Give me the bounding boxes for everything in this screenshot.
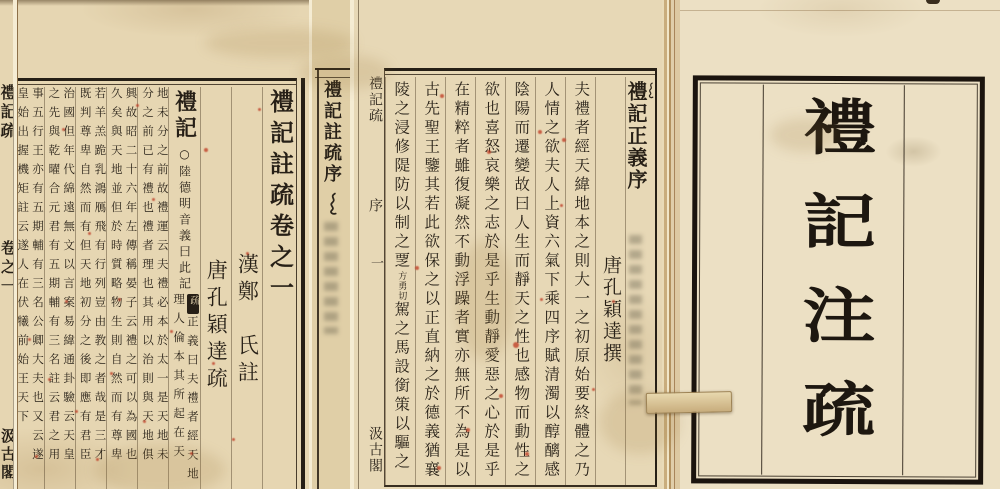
vermilion-reading-mark: [525, 452, 529, 456]
vermilion-reading-mark: [440, 94, 444, 98]
preface-title: 禮記註疏序: [322, 80, 340, 185]
vermilion-reading-mark: [75, 410, 78, 413]
vermilion-reading-mark: [48, 378, 51, 381]
vermilion-reading-mark: [538, 130, 542, 134]
vermilion-reading-mark: [487, 150, 491, 154]
column-title: 禮記註疏卷之一: [268, 87, 292, 306]
double-subcolumns: 治國但年代綿遠無文以言案易緯通卦驗云天皇之先與乾曜合元君有五期輔有三名註云君之用: [45, 87, 75, 467]
paper-stain: [205, 28, 355, 58]
vermilion-reading-mark: [204, 148, 208, 152]
vermilion-reading-mark: [246, 252, 249, 255]
subcolumn-left: 之先與乾曜合元君有五期輔有三名註云君之用: [45, 87, 59, 467]
ink-ghosting: [324, 222, 338, 334]
vermilion-reading-mark: [170, 330, 173, 333]
double-subcolumns: 興故昭二十六年左傳稱晏子云禮之可以為國也久矣與天地並但於時質略物生則自然而有尊卑: [107, 87, 137, 467]
vermilion-reading-mark: [65, 300, 68, 303]
vermilion-reading-mark: [212, 362, 215, 365]
attribution: 唐孔穎達疏: [205, 87, 226, 394]
text-column: 夫禮者經天緯地本之則大一之初原始要終體之乃: [565, 77, 595, 485]
column-text: 陵之浸修隄防以制之覂方勇切駕之馬設銜策以驅之: [393, 77, 409, 472]
attribution: 漢鄭 氏註: [236, 87, 257, 388]
banxin-section: 序: [360, 198, 382, 212]
text-column: 古先聖王鑒其若此欲保之以正直納之於德義猶襄: [415, 77, 445, 485]
banxin-publisher: 汲古閣: [360, 426, 382, 474]
subcolumn-left: 久矣與天地並但於時質略物生則自然而有尊卑: [108, 87, 122, 467]
vermilion-reading-mark: [35, 455, 38, 458]
text-column: 禮記註疏卷之一: [262, 87, 296, 489]
text-frame: 禮記註疏卷之一漢鄭 氏註唐孔穎達疏禮記○陸德明音義曰此記疏正義曰夫禮者經天地理人…: [18, 78, 297, 489]
column-text: 陰陽而遷變故曰人生而靜天之性也感物而動性之: [513, 77, 529, 480]
vermilion-reading-mark: [62, 128, 65, 131]
subcolumn-left: 既判尊卑自然而有但天地初分之後即應有君臣: [77, 87, 91, 467]
subcolumn-left: 分之前已有禮也禮者理也其用以治則與天地俱: [139, 87, 153, 467]
vermilion-reading-mark: [258, 108, 261, 111]
handwritten-flourish: [326, 192, 339, 216]
subcolumn-right: 地未分之前故禮運云夫禮必本於太一是天地未: [154, 87, 168, 467]
vermilion-reading-mark: [540, 298, 543, 301]
vermilion-reading-mark: [96, 458, 99, 461]
paper-stain: [770, 118, 840, 152]
page-title: 禮記注疏: [680, 0, 1000, 489]
banxin-page-number: 一: [360, 256, 382, 269]
frame-outer-border: [301, 78, 305, 489]
vermilion-reading-mark: [118, 298, 121, 301]
vermilion-reading-mark: [499, 394, 503, 398]
subcolumn-right: 事五行王亦有五期輔有三名公卿大夫也又云遂: [29, 87, 43, 467]
frame-side-border: [317, 68, 319, 489]
text-segment: 陵之浸修隄防以制之覂: [392, 81, 410, 271]
column-text: 夫禮者經天緯地本之則大一之初原始要終體之乃: [573, 77, 589, 480]
fanqie-note: 方勇切: [396, 271, 406, 301]
double-subcolumns: 事五行王亦有五期輔有三名公卿大夫也又云遂皇始出握機矩註云遂人在伏犧前始王天下: [14, 87, 44, 467]
double-subcolumns: 地未分之前故禮運云夫禮必本於太一是天地未分之前已有禮也禮者理也其用以治則與天地俱: [138, 87, 168, 467]
text-segment: 駕之馬設銜策以驅之: [392, 301, 410, 472]
handwritten-flourish: [646, 77, 655, 105]
text-column: 漢鄭 氏註: [231, 87, 262, 489]
text-column: 治國但年代綿遠無文以言案易緯通卦驗云天皇之先與乾曜合元君有五期輔有三名註云君之用: [44, 87, 75, 489]
yinyi-note: ○陸德明音義曰此記: [179, 147, 191, 293]
text-column: 地未分之前故禮運云夫禮必本於太一是天地未分之前已有禮也禮者理也其用以治則與天地俱: [137, 87, 168, 489]
paper-stain: [300, 55, 390, 89]
section-heading: 禮記: [174, 87, 196, 142]
ink-ghosting: [629, 235, 642, 405]
column-text: 人情之欲夫人上資六氣下乘四序賦清濁以醇醨感: [543, 77, 559, 480]
vermilion-reading-mark: [136, 104, 139, 107]
text-column: 事五行王亦有五期輔有三名公卿大夫也又云遂皇始出握機矩註云遂人在伏犧前始王天下: [13, 87, 44, 489]
subcolumn-right: 興故昭二十六年左傳稱晏子云禮之可以為國也: [123, 87, 137, 467]
column-title: 禮記正義序: [626, 77, 646, 191]
attribution: 唐孔穎達撰: [601, 77, 620, 365]
page-juan-one: 禮記疏 卷之一 汲古閣 禮記註疏卷之一漢鄭 氏註唐孔穎達疏禮記○陸德明音義曰此記…: [0, 0, 348, 489]
column-block: 禮記註疏卷之一漢鄭 氏註唐孔穎達疏禮記○陸德明音義曰此記疏正義曰夫禮者經天地理人…: [18, 87, 296, 489]
text-column: 禮記○陸德明音義曰此記疏正義曰夫禮者經天地理人倫本其所起在天: [168, 87, 199, 489]
vermilion-reading-mark: [560, 204, 563, 207]
vermilion-reading-mark: [143, 420, 146, 423]
double-subcolumns: 若羊羔跪乳鴻鴈飛有行列豈由教之者哉是三才既判尊卑自然而有但天地初分之後即應有君臣: [76, 87, 106, 467]
vermilion-reading-mark: [152, 198, 155, 201]
shu-marker: 疏: [187, 294, 199, 314]
vermilion-reading-mark: [415, 266, 419, 270]
vermilion-reading-mark: [562, 138, 566, 142]
vermilion-reading-mark: [190, 452, 193, 455]
vermilion-reading-mark: [513, 342, 519, 348]
vermilion-reading-mark: [110, 372, 113, 375]
subcolumn-right: 治國但年代綿遠無文以言案易緯通卦驗云天皇: [60, 87, 74, 467]
vermilion-reading-mark: [612, 300, 615, 303]
paper-stain: [95, 445, 225, 489]
subcolumn-left: 皇始出握機矩註云遂人在伏犧前始王天下: [14, 87, 28, 467]
vermilion-reading-mark: [28, 338, 31, 341]
vermilion-reading-mark: [232, 438, 235, 441]
text-column: 興故昭二十六年左傳稱晏子云禮之可以為國也久矣與天地並但於時質略物生則自然而有尊卑: [106, 87, 137, 489]
vermilion-reading-mark: [437, 466, 441, 470]
edge-mark: [926, 0, 940, 4]
vermilion-reading-mark: [88, 232, 91, 235]
repair-tab: [646, 391, 732, 414]
text-column: 陵之浸修隄防以制之覂方勇切駕之馬設銜策以驅之: [385, 77, 415, 485]
text-column: 若羊羔跪乳鴻鴈飛有行列豈由教之者哉是三才既判尊卑自然而有但天地初分之後即應有君臣: [75, 87, 106, 489]
vermilion-reading-mark: [592, 388, 595, 391]
paper-stain: [455, 240, 515, 360]
text-column: 人情之欲夫人上資六氣下乘四序賦清濁以醇醨感: [535, 77, 565, 485]
vermilion-reading-mark: [466, 428, 470, 432]
subcolumn-right: 若羊羔跪乳鴻鴈飛有行列豈由教之者哉是三才: [91, 87, 105, 467]
book-scan: 禮記疏 卷之一 汲古閣 禮記註疏卷之一漢鄭 氏註唐孔穎達疏禮記○陸德明音義曰此記…: [0, 0, 1000, 489]
column-text: 古先聖王鑒其若此欲保之以正直納之於德義猶襄: [423, 77, 439, 480]
